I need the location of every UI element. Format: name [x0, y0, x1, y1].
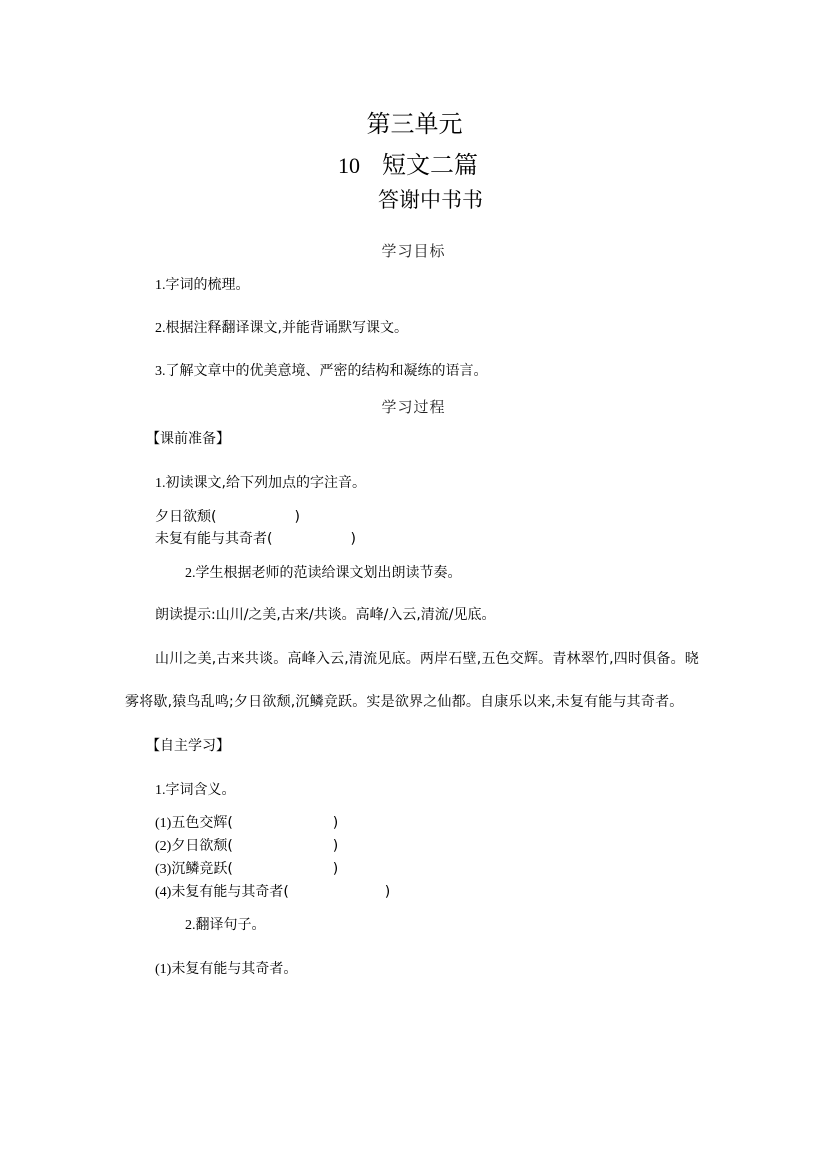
item-number: (1) [155, 962, 171, 977]
goal-item: 3.了解文章中的优美意境、严密的结构和凝练的语言。 [155, 361, 488, 382]
blank-close: ) [333, 838, 338, 854]
passage-line-2: 雾将歇,猿鸟乱鸣;夕日欲颓,沉鳞竞跃。实是欲界之仙都。自康乐以来,未复有能与其奇… [125, 692, 683, 712]
meaning-blank-item: (1)五色交辉() [155, 813, 338, 834]
blank-close: ) [333, 815, 338, 831]
section-title-process: 学习过程 [0, 396, 827, 417]
translation-item: (1)未复有能与其奇者。 [155, 959, 297, 980]
section-title-goals: 学习目标 [0, 240, 827, 261]
goal-item: 1.字词的梳理。 [155, 275, 250, 296]
blank-close: ) [333, 861, 338, 877]
question-number: 1. [155, 476, 166, 491]
item-number: (3) [155, 862, 171, 877]
blank-prompt: 夕日欲颓( [171, 838, 232, 854]
self-study-question-1: 1.字词含义。 [155, 780, 236, 801]
blank-close: ) [350, 531, 355, 547]
item-number: (2) [155, 839, 171, 854]
goal-text: 字词的梳理。 [166, 277, 250, 293]
question-number: 2. [185, 566, 196, 581]
lesson-title-text: 短文二篇 [382, 151, 478, 179]
blank-close: ) [294, 509, 299, 525]
pre-class-heading: 【课前准备】 [146, 429, 230, 449]
pinyin-blank-item: 未复有能与其奇者() [155, 529, 356, 549]
unit-title-text: 第三单元 [367, 108, 463, 140]
blank-close: ) [385, 884, 390, 900]
blank-prompt: 未复有能与其奇者( [171, 884, 288, 900]
lesson-number: 10 [338, 153, 360, 178]
goal-text: 了解文章中的优美意境、严密的结构和凝练的语言。 [166, 363, 488, 379]
blank-prompt: 沉鳞竞跃( [171, 861, 232, 877]
question-text: 学生根据老师的范读给课文划出朗读节奏。 [196, 565, 462, 581]
lesson-subtitle: 答谢中书书 [378, 186, 483, 214]
meaning-blank-item: (4)未复有能与其奇者() [155, 882, 390, 903]
blank-prompt: 五色交辉( [171, 815, 232, 831]
unit-title: 第三单元 [0, 108, 827, 140]
goal-number: 1. [155, 278, 166, 293]
question-text: 字词含义。 [166, 782, 236, 798]
pinyin-blank-item: 夕日欲颓() [155, 507, 300, 527]
item-number: (4) [155, 885, 171, 900]
goal-item: 2.根据注释翻译课文,并能背诵默写课文。 [155, 318, 408, 339]
reading-hint: 朗读提示:山川/之美,古来/共谈。高峰/入云,清流/见底。 [155, 605, 495, 625]
meaning-blank-item: (2)夕日欲颓() [155, 836, 338, 857]
self-study-question-2: 2.翻译句子。 [185, 915, 266, 936]
pre-class-question-1: 1.初读课文,给下列加点的字注音。 [155, 473, 366, 494]
meaning-blank-item: (3)沉鳞竞跃() [155, 859, 338, 880]
blank-prompt: 夕日欲颓( [155, 509, 216, 525]
lesson-title: 10短文二篇 [338, 148, 478, 183]
translation-prompt: 未复有能与其奇者。 [171, 961, 297, 977]
goal-number: 3. [155, 364, 166, 379]
question-text: 初读课文,给下列加点的字注音。 [166, 475, 366, 491]
pre-class-question-2: 2.学生根据老师的范读给课文划出朗读节奏。 [185, 563, 462, 584]
goal-number: 2. [155, 321, 166, 336]
passage-line-1: 山川之美,古来共谈。高峰入云,清流见底。两岸石壁,五色交辉。青林翠竹,四时俱备。… [155, 649, 699, 669]
blank-prompt: 未复有能与其奇者( [155, 531, 272, 547]
question-number: 1. [155, 783, 166, 798]
self-study-heading: 【自主学习】 [146, 736, 230, 756]
item-number: (1) [155, 816, 171, 831]
question-number: 2. [185, 918, 196, 933]
question-text: 翻译句子。 [196, 917, 266, 933]
goal-text: 根据注释翻译课文,并能背诵默写课文。 [166, 320, 408, 336]
